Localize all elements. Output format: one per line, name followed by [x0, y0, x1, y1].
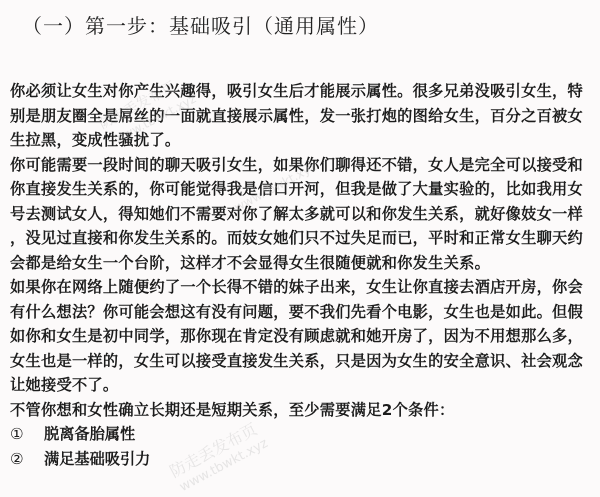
text-line: 让她接受不了。	[10, 373, 596, 398]
text-line: 你直接发生关系的，你可能觉得我是信口开河，但我是做了大量实验的，比如我用女	[10, 177, 596, 202]
text-line: 别是朋友圈全是屌丝的一面就直接展示属性，发一张打炮的图给女生，百分之百被女	[10, 104, 596, 129]
text-line: 女生也是一样的，女生可以接受直接发生关系，只是因为女生的安全意识、社会观念	[10, 349, 596, 374]
text-line: 会都是给女生一个台阶，这样才不会显得女生很随便就和你发生关系。	[10, 251, 596, 276]
document-page: （一）第一步：基础吸引（通用属性） 你必须让女生对你产生兴趣得，吸引女生后才能展…	[0, 0, 600, 497]
list-text: 脱离备胎属性	[44, 425, 135, 443]
text-line: 不管你想和女性确立长期还是短期关系，至少需要满足2个条件：	[10, 398, 596, 423]
text-line: 如你和女生是初中同学，那你现在肯定没有顾虑就和她开房了，因为不用想那么多，	[10, 324, 596, 349]
document-body: 你必须让女生对你产生兴趣得，吸引女生后才能展示属性。很多兄弟没吸引女生，特 别是…	[10, 79, 596, 471]
text-line: 生拉黑，变成性骚扰了。	[10, 128, 596, 153]
text-line: 你可能需要一段时间的聊天吸引女生，如果你们聊得还不错，女人是完全可以接受和	[10, 153, 596, 178]
text-line: ，没见过直接和你发生关系的。而妓女她们只不过失足而已，平时和正常女生聊天约	[10, 226, 596, 251]
list-item: ②满足基础吸引力	[10, 447, 596, 472]
text-line: 有什么想法？你可能会想这有没有问题，要不我们先看个电影，女生也是如此。但假	[10, 300, 596, 325]
list-text: 满足基础吸引力	[44, 450, 150, 468]
section-heading: （一）第一步：基础吸引（通用属性）	[22, 10, 379, 39]
text-line: 如果你在网络上随便约了一个长得不错的妹子出来，女生让你直接去酒店开房，你会	[10, 275, 596, 300]
list-item: ①脱离备胎属性	[10, 422, 596, 447]
text-line: 号去测试女人，得知她们不需要对你了解太多就可以和你发生关系，就好像妓女一样	[10, 202, 596, 227]
text-line: 你必须让女生对你产生兴趣得，吸引女生后才能展示属性。很多兄弟没吸引女生，特	[10, 79, 596, 104]
list-number: ②	[10, 447, 44, 472]
list-number: ①	[10, 422, 44, 447]
